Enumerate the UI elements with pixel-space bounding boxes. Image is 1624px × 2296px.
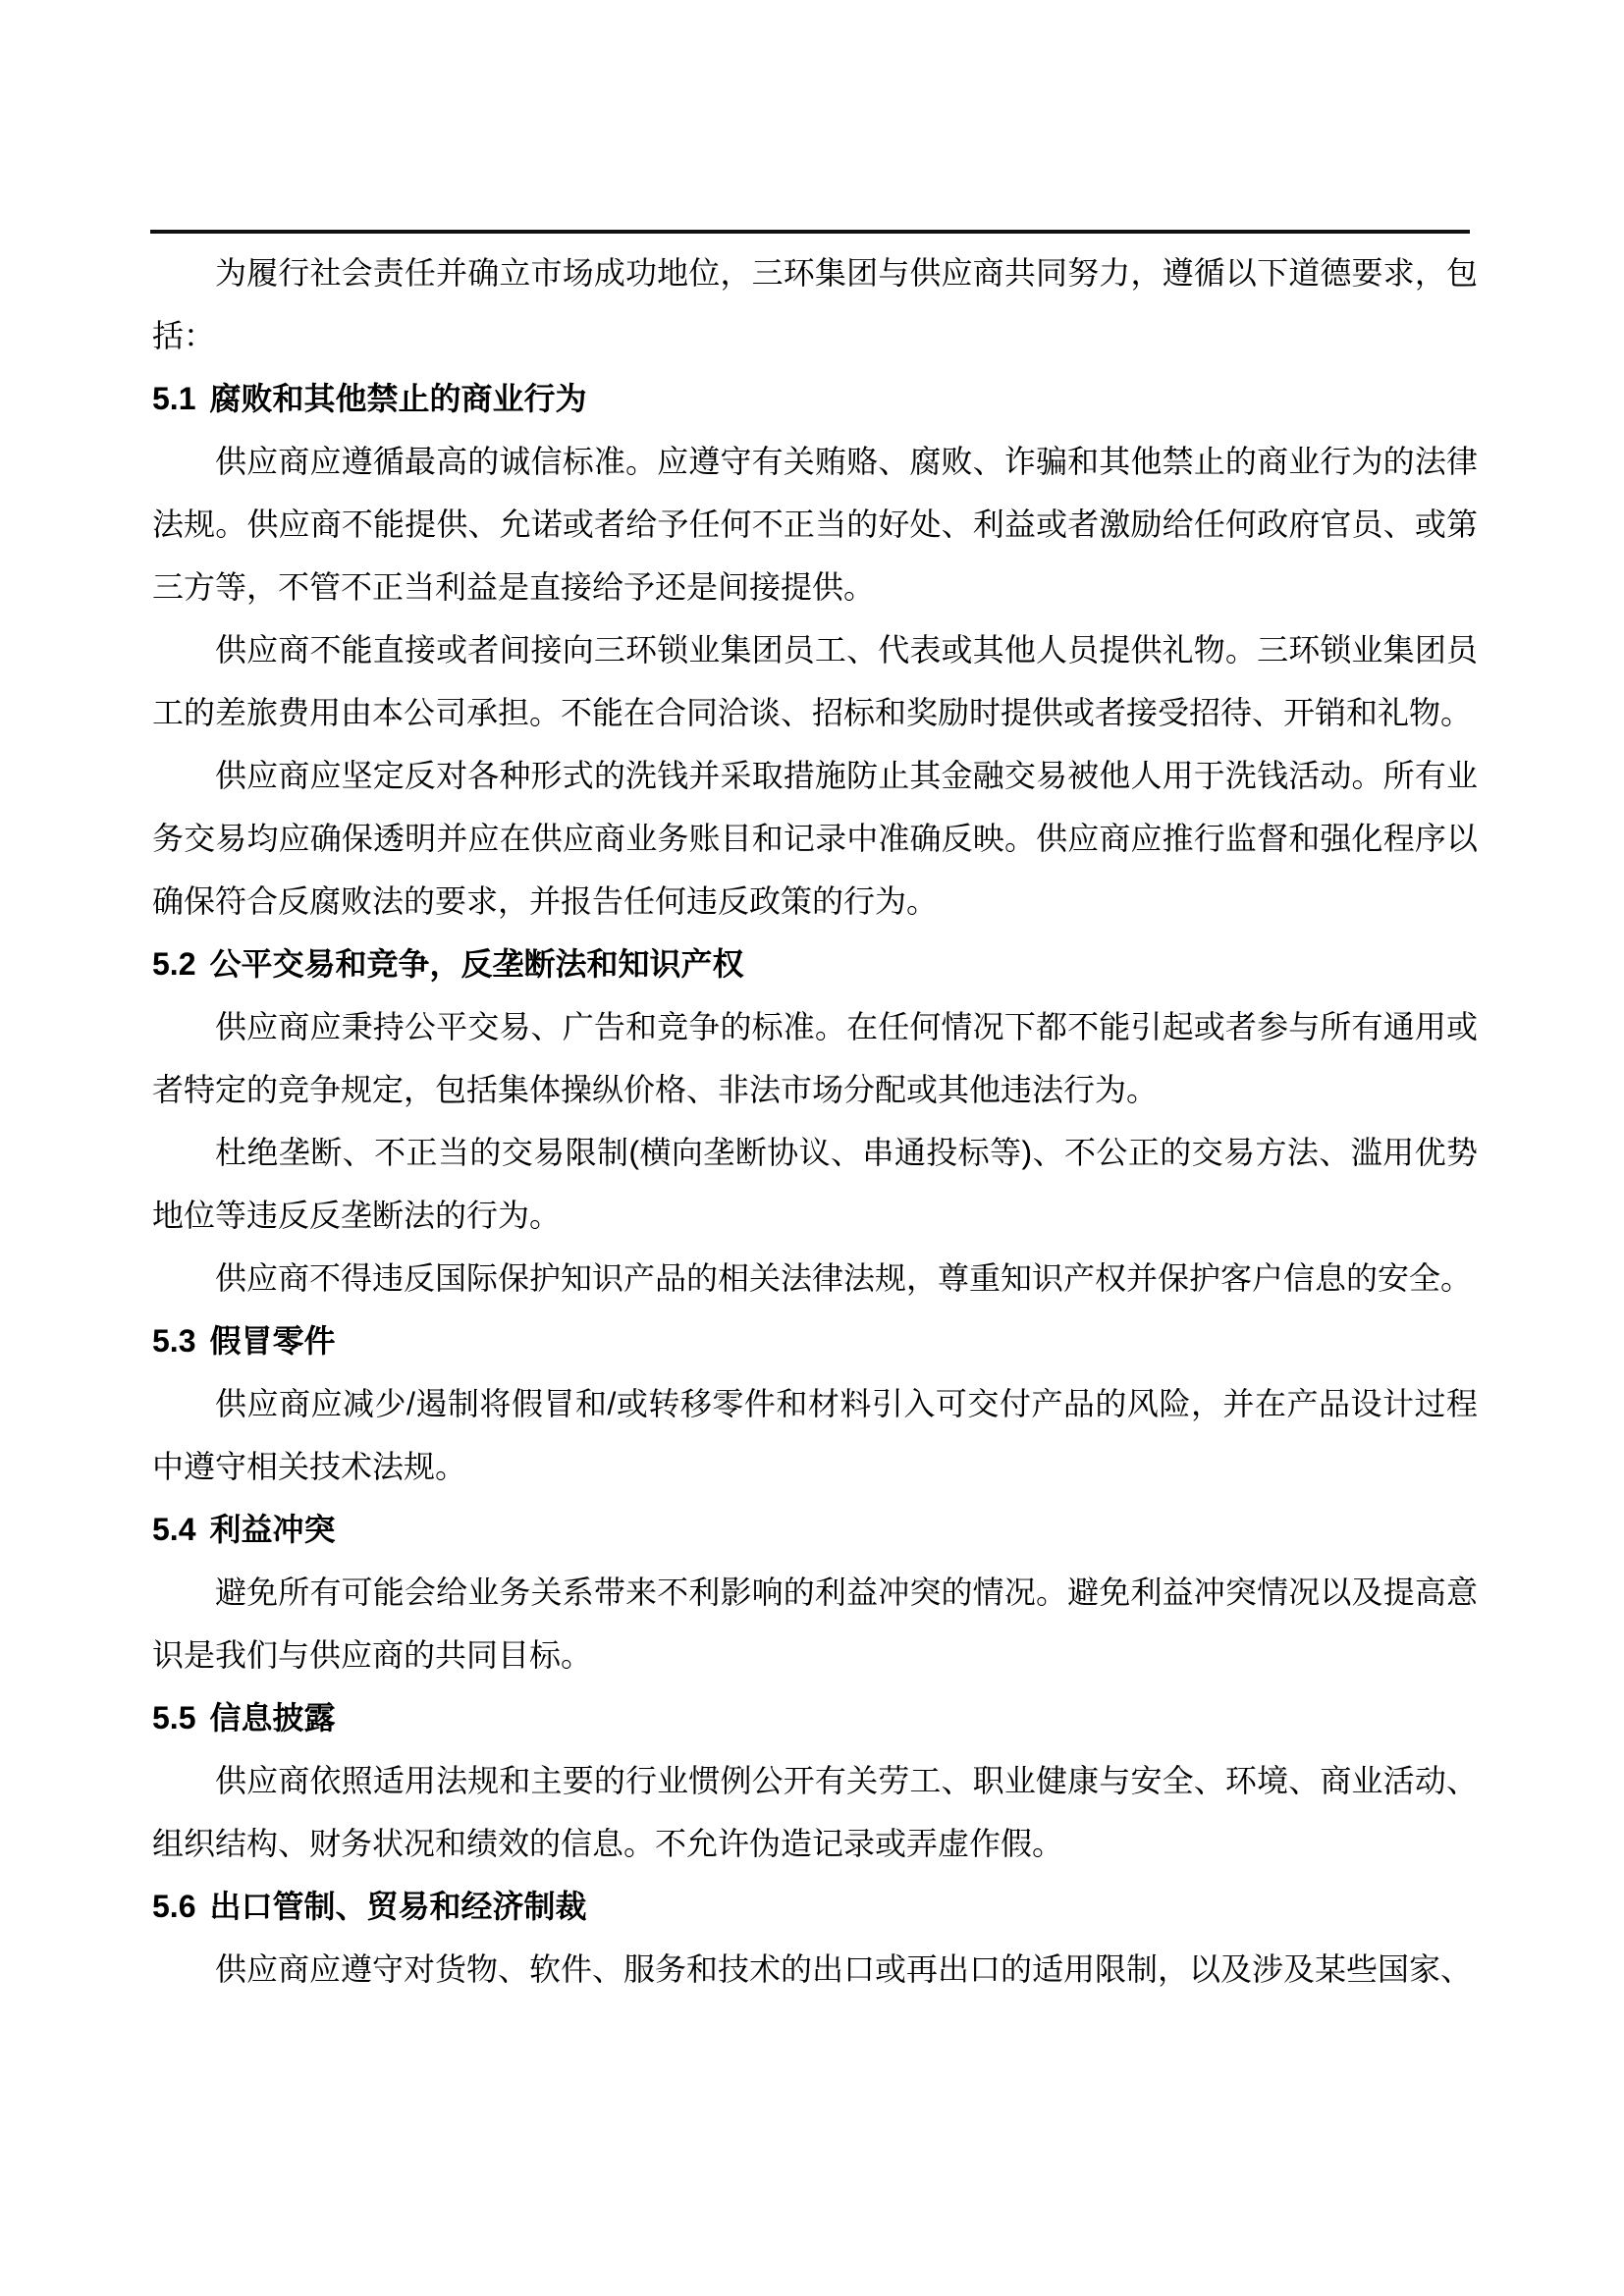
document-section: 5.3假冒零件 供应商应减少/遏制将假冒和/或转移零件和材料引入可交付产品的风险… bbox=[152, 1309, 1478, 1498]
body-paragraph: 供应商应减少/遏制将假冒和/或转移零件和材料引入可交付产品的风险，并在产品设计过… bbox=[152, 1372, 1478, 1498]
body-paragraph: 供应商不能直接或者间接向三环锁业集团员工、代表或其他人员提供礼物。三环锁业集团员… bbox=[152, 618, 1478, 744]
body-paragraph: 避免所有可能会给业务关系带来不利影响的利益冲突的情况。避免利益冲突情况以及提高意… bbox=[152, 1561, 1478, 1686]
section-title: 出口管制、贸易和经济制裁 bbox=[209, 1889, 586, 1924]
section-heading: 5.5信息披露 bbox=[152, 1686, 1478, 1749]
document-section: 5.2公平交易和竞争，反垄断法和知识产权 供应商应秉持公平交易、广告和竞争的标准… bbox=[152, 933, 1478, 1309]
section-number: 5.6 bbox=[152, 1875, 195, 1938]
section-title: 假冒零件 bbox=[209, 1323, 335, 1359]
section-heading: 5.1腐败和其他禁止的商业行为 bbox=[152, 367, 1478, 430]
section-title: 公平交易和竞争，反垄断法和知识产权 bbox=[209, 946, 743, 982]
body-paragraph: 供应商应遵循最高的诚信标准。应遵守有关贿赂、腐败、诈骗和其他禁止的商业行为的法律… bbox=[152, 430, 1478, 618]
section-heading: 5.6出口管制、贸易和经济制裁 bbox=[152, 1875, 1478, 1938]
document-section: 5.1腐败和其他禁止的商业行为 供应商应遵循最高的诚信标准。应遵守有关贿赂、腐败… bbox=[152, 367, 1478, 933]
section-paragraphs: 供应商应秉持公平交易、广告和竞争的标准。在任何情况下都不能引起或者参与所有通用或… bbox=[152, 995, 1478, 1309]
section-number: 5.4 bbox=[152, 1498, 195, 1561]
section-number: 5.1 bbox=[152, 367, 195, 430]
body-paragraph: 供应商依照适用法规和主要的行业惯例公开有关劳工、职业健康与安全、环境、商业活动、… bbox=[152, 1749, 1478, 1875]
divider-line bbox=[150, 230, 1470, 234]
document-page: 为履行社会责任并确立市场成功地位，三环集团与供应商共同努力，遵循以下道德要求，包… bbox=[0, 0, 1624, 2296]
document-section: 5.5信息披露 供应商依照适用法规和主要的行业惯例公开有关劳工、职业健康与安全、… bbox=[152, 1686, 1478, 1875]
document-section: 5.6出口管制、贸易和经济制裁 供应商应遵守对货物、软件、服务和技术的出口或再出… bbox=[152, 1875, 1478, 2001]
body-paragraph: 供应商应遵守对货物、软件、服务和技术的出口或再出口的适用限制，以及涉及某些国家、 bbox=[152, 1938, 1478, 2001]
document-content: 为履行社会责任并确立市场成功地位，三环集团与供应商共同努力，遵循以下道德要求，包… bbox=[152, 241, 1478, 2001]
section-paragraphs: 供应商应遵循最高的诚信标准。应遵守有关贿赂、腐败、诈骗和其他禁止的商业行为的法律… bbox=[152, 430, 1478, 933]
section-title: 信息披露 bbox=[209, 1700, 335, 1735]
section-paragraphs: 供应商依照适用法规和主要的行业惯例公开有关劳工、职业健康与安全、环境、商业活动、… bbox=[152, 1749, 1478, 1875]
section-title: 利益冲突 bbox=[209, 1512, 335, 1547]
section-paragraphs: 避免所有可能会给业务关系带来不利影响的利益冲突的情况。避免利益冲突情况以及提高意… bbox=[152, 1561, 1478, 1686]
section-number: 5.3 bbox=[152, 1309, 195, 1372]
section-number: 5.2 bbox=[152, 933, 195, 995]
sections: 5.1腐败和其他禁止的商业行为 供应商应遵循最高的诚信标准。应遵守有关贿赂、腐败… bbox=[152, 367, 1478, 2001]
section-heading: 5.2公平交易和竞争，反垄断法和知识产权 bbox=[152, 933, 1478, 995]
section-paragraphs: 供应商应遵守对货物、软件、服务和技术的出口或再出口的适用限制，以及涉及某些国家、 bbox=[152, 1938, 1478, 2001]
section-number: 5.5 bbox=[152, 1686, 195, 1749]
body-paragraph: 供应商应坚定反对各种形式的洗钱并采取措施防止其金融交易被他人用于洗钱活动。所有业… bbox=[152, 744, 1478, 933]
section-heading: 5.4利益冲突 bbox=[152, 1498, 1478, 1561]
body-paragraph: 杜绝垄断、不正当的交易限制(横向垄断协议、串通投标等)、不公正的交易方法、滥用优… bbox=[152, 1121, 1478, 1247]
body-paragraph: 供应商应秉持公平交易、广告和竞争的标准。在任何情况下都不能引起或者参与所有通用或… bbox=[152, 995, 1478, 1121]
intro-paragraph: 为履行社会责任并确立市场成功地位，三环集团与供应商共同努力，遵循以下道德要求，包… bbox=[152, 241, 1478, 367]
document-section: 5.4利益冲突 避免所有可能会给业务关系带来不利影响的利益冲突的情况。避免利益冲… bbox=[152, 1498, 1478, 1686]
section-paragraphs: 供应商应减少/遏制将假冒和/或转移零件和材料引入可交付产品的风险，并在产品设计过… bbox=[152, 1372, 1478, 1498]
body-paragraph: 供应商不得违反国际保护知识产品的相关法律法规，尊重知识产权并保护客户信息的安全。 bbox=[152, 1247, 1478, 1309]
section-heading: 5.3假冒零件 bbox=[152, 1309, 1478, 1372]
section-title: 腐败和其他禁止的商业行为 bbox=[209, 381, 586, 416]
